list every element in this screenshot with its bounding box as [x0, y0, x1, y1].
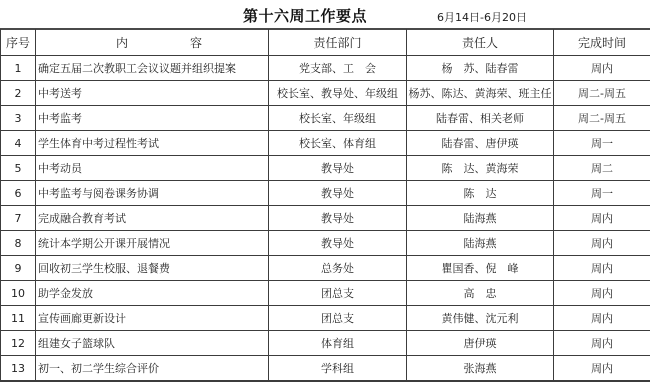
cell-department: 校长室、教导处、年级组 [269, 81, 407, 106]
column-header-person: 责任人 [407, 29, 554, 56]
cell-department: 校长室、年级组 [269, 106, 407, 131]
cell-index: 2 [1, 81, 36, 106]
cell-department: 团总支 [269, 306, 407, 331]
table-header-row: 序号 内 容 责任部门 责任人 完成时间 [1, 29, 650, 56]
cell-index: 3 [1, 106, 36, 131]
table-row: 12 组建女子篮球队 体育组 唐伊瑛 周内 [1, 331, 650, 356]
cell-person: 陆海燕 [407, 206, 554, 231]
cell-content: 回收初三学生校服、退餐费 [36, 256, 269, 281]
cell-index: 9 [1, 256, 36, 281]
cell-time: 周一 [554, 131, 650, 156]
cell-person: 唐伊瑛 [407, 331, 554, 356]
table-row: 8 统计本学期公开课开展情况 教导处 陆海燕 周内 [1, 231, 650, 256]
cell-index: 11 [1, 306, 36, 331]
cell-department: 党支部、工 会 [269, 56, 407, 81]
column-header-content-right: 容 [190, 34, 202, 51]
cell-index: 8 [1, 231, 36, 256]
table-row: 10 助学金发放 团总支 高 忠 周内 [1, 281, 650, 306]
table-row: 4 学生体育中考过程性考试 校长室、体育组 陆春雷、唐伊瑛 周一 [1, 131, 650, 156]
cell-time: 周内 [554, 206, 650, 231]
column-header-department: 责任部门 [269, 29, 407, 56]
cell-person: 陈 达、黄海荣 [407, 156, 554, 181]
table-row: 13 初一、初二学生综合评价 学科组 张海燕 周内 [1, 356, 650, 382]
cell-department: 校长室、体育组 [269, 131, 407, 156]
cell-content: 初一、初二学生综合评价 [36, 356, 269, 382]
column-header-time: 完成时间 [554, 29, 650, 56]
cell-content: 组建女子篮球队 [36, 331, 269, 356]
cell-content: 中考动员 [36, 156, 269, 181]
cell-time: 周二 [554, 156, 650, 181]
table-row: 3 中考监考 校长室、年级组 陆春雷、相关老师 周二-周五 [1, 106, 650, 131]
cell-person: 杨 苏、陆春雷 [407, 56, 554, 81]
cell-time: 周内 [554, 231, 650, 256]
cell-person: 杨苏、陈达、黄海荣、班主任 [407, 81, 554, 106]
cell-content: 中考送考 [36, 81, 269, 106]
cell-index: 10 [1, 281, 36, 306]
cell-content: 确定五届二次教职工会议议题并组织提案 [36, 56, 269, 81]
cell-time: 周内 [554, 256, 650, 281]
cell-person: 瞿国香、倪 峰 [407, 256, 554, 281]
column-header-content-left: 内 [116, 34, 128, 51]
cell-content: 统计本学期公开课开展情况 [36, 231, 269, 256]
cell-department: 体育组 [269, 331, 407, 356]
cell-time: 周内 [554, 281, 650, 306]
cell-index: 5 [1, 156, 36, 181]
table-row: 1 确定五届二次教职工会议议题并组织提案 党支部、工 会 杨 苏、陆春雷 周内 [1, 56, 650, 81]
cell-person: 黄伟健、沈元利 [407, 306, 554, 331]
cell-time: 周内 [554, 331, 650, 356]
date-range: 6月14日-6月20日 [437, 9, 527, 25]
cell-person: 陈 达 [407, 181, 554, 206]
cell-index: 12 [1, 331, 36, 356]
table-row: 11 宣传画廊更新设计 团总支 黄伟健、沈元利 周内 [1, 306, 650, 331]
cell-content: 学生体育中考过程性考试 [36, 131, 269, 156]
cell-content: 宣传画廊更新设计 [36, 306, 269, 331]
cell-time: 周一 [554, 181, 650, 206]
cell-department: 教导处 [269, 206, 407, 231]
cell-index: 7 [1, 206, 36, 231]
cell-department: 教导处 [269, 156, 407, 181]
cell-index: 4 [1, 131, 36, 156]
cell-person: 高 忠 [407, 281, 554, 306]
table-row: 5 中考动员 教导处 陈 达、黄海荣 周二 [1, 156, 650, 181]
table-row: 2 中考送考 校长室、教导处、年级组 杨苏、陈达、黄海荣、班主任 周二-周五 [1, 81, 650, 106]
cell-time: 周内 [554, 306, 650, 331]
cell-time: 周二-周五 [554, 106, 650, 131]
page-title: 第十六周工作要点 [243, 5, 367, 26]
cell-department: 教导处 [269, 231, 407, 256]
cell-department: 教导处 [269, 181, 407, 206]
table-row: 7 完成融合教育考试 教导处 陆海燕 周内 [1, 206, 650, 231]
column-header-content: 内 容 [36, 29, 269, 56]
cell-department: 总务处 [269, 256, 407, 281]
cell-department: 学科组 [269, 356, 407, 382]
cell-content: 中考监考 [36, 106, 269, 131]
cell-person: 陆春雷、相关老师 [407, 106, 554, 131]
cell-person: 陆海燕 [407, 231, 554, 256]
weekly-plan-sheet: 第十六周工作要点 6月14日-6月20日 序号 内 容 责任部门 责任人 [0, 0, 650, 385]
cell-department: 团总支 [269, 281, 407, 306]
column-header-index: 序号 [1, 29, 36, 56]
cell-content: 完成融合教育考试 [36, 206, 269, 231]
cell-time: 周内 [554, 56, 650, 81]
work-plan-table: 序号 内 容 责任部门 责任人 完成时间 1 确定五届二次教职工会议议题并组织提… [0, 29, 650, 382]
cell-index: 1 [1, 56, 36, 81]
cell-index: 6 [1, 181, 36, 206]
cell-time: 周内 [554, 356, 650, 382]
table-row: 9 回收初三学生校服、退餐费 总务处 瞿国香、倪 峰 周内 [1, 256, 650, 281]
cell-time: 周二-周五 [554, 81, 650, 106]
table-row: 6 中考监考与阅卷课务协调 教导处 陈 达 周一 [1, 181, 650, 206]
cell-index: 13 [1, 356, 36, 382]
cell-content: 助学金发放 [36, 281, 269, 306]
cell-person: 陆春雷、唐伊瑛 [407, 131, 554, 156]
title-row: 第十六周工作要点 6月14日-6月20日 [0, 0, 650, 30]
cell-person: 张海燕 [407, 356, 554, 382]
cell-content: 中考监考与阅卷课务协调 [36, 181, 269, 206]
